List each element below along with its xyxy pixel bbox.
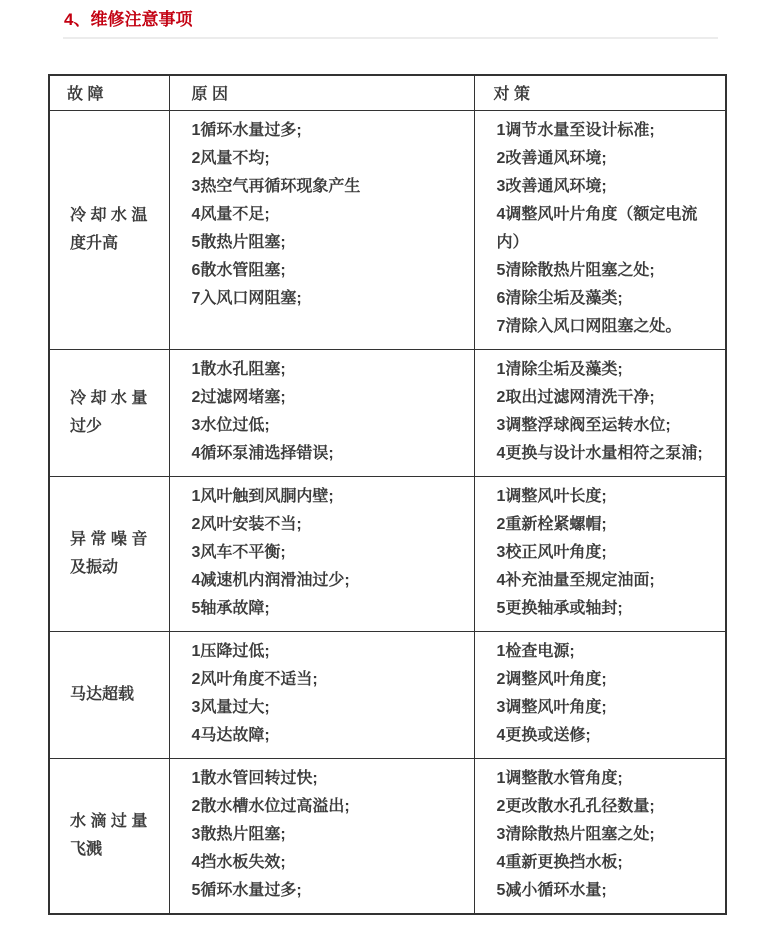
cause-item: 3水位过低; — [192, 412, 462, 440]
cause-item: 4风量不足; — [192, 201, 462, 229]
solution-cell: 1调节水量至设计标准; 2改善通风环境; 3改善通风环境; 4调整风叶片角度（额… — [474, 110, 726, 349]
cause-cell: 1压降过低; 2风叶角度不适当; 3风量过大; 4马达故障; — [169, 631, 474, 758]
cause-item: 3热空气再循环现象产生 — [192, 173, 462, 201]
fault-cell: 马达超载 — [49, 631, 169, 758]
cause-item: 5散热片阻塞; — [192, 229, 462, 257]
solution-item: 7清除入风口网阻塞之处。 — [497, 313, 714, 341]
solution-item: 1检查电源; — [497, 638, 714, 666]
table-row: 冷 却 水 量 过少 1散水孔阻塞; 2过滤网堵塞; 3水位过低; 4循环泵浦选… — [49, 349, 726, 476]
section-title: 4、维修注意事项 — [64, 9, 192, 31]
solution-item: 4更换或送修; — [497, 722, 714, 750]
cause-item: 5循环水量过多; — [192, 877, 462, 905]
solution-item: 4补充油量至规定油面; — [497, 567, 714, 595]
solution-item: 3调整浮球阀至运转水位; — [497, 412, 714, 440]
cause-item: 2风叶安装不当; — [192, 511, 462, 539]
solution-cell: 1调整风叶长度; 2重新栓紧螺帽; 3校正风叶角度; 4补充油量至规定油面; 5… — [474, 476, 726, 631]
cause-item: 4减速机内润滑油过少; — [192, 567, 462, 595]
cause-item: 1循环水量过多; — [192, 117, 462, 145]
column-header-solution: 对 策 — [474, 75, 726, 110]
cause-item: 1压降过低; — [192, 638, 462, 666]
cause-item: 1散水管回转过快; — [192, 765, 462, 793]
table-header-row: 故 障 原 因 对 策 — [49, 75, 726, 110]
solution-item: 2调整风叶角度; — [497, 666, 714, 694]
cause-item: 1风叶触到风胴内壁; — [192, 483, 462, 511]
solution-item: 1调整风叶长度; — [497, 483, 714, 511]
cause-item: 3散热片阻塞; — [192, 821, 462, 849]
cause-item: 2散水槽水位过高溢出; — [192, 793, 462, 821]
cause-item: 2风叶角度不适当; — [192, 666, 462, 694]
solution-item: 4调整风叶片角度（额定电流内） — [497, 201, 714, 257]
solution-item: 1调整散水管角度; — [497, 765, 714, 793]
table-row: 冷 却 水 温 度升高 1循环水量过多; 2风量不均; 3热空气再循环现象产生 … — [49, 110, 726, 349]
cause-item: 3风量过大; — [192, 694, 462, 722]
solution-item: 5清除散热片阻塞之处; — [497, 257, 714, 285]
solution-item: 3改善通风环境; — [497, 173, 714, 201]
cause-item: 6散水管阻塞; — [192, 257, 462, 285]
column-header-cause: 原 因 — [169, 75, 474, 110]
solution-item: 6清除尘垢及藻类; — [497, 285, 714, 313]
cause-item: 3风车不平衡; — [192, 539, 462, 567]
solution-item: 4重新更换挡水板; — [497, 849, 714, 877]
solution-item: 2取出过滤网清洗干净; — [497, 384, 714, 412]
cause-cell: 1散水管回转过快; 2散水槽水位过高溢出; 3散热片阻塞; 4挡水板失效; 5循… — [169, 758, 474, 914]
cause-item: 5轴承故障; — [192, 595, 462, 623]
table-row: 水 滴 过 量 飞溅 1散水管回转过快; 2散水槽水位过高溢出; 3散热片阻塞;… — [49, 758, 726, 914]
solution-item: 5更换轴承或轴封; — [497, 595, 714, 623]
solution-item: 3调整风叶角度; — [497, 694, 714, 722]
cause-item: 2过滤网堵塞; — [192, 384, 462, 412]
solution-cell: 1清除尘垢及藻类; 2取出过滤网清洗干净; 3调整浮球阀至运转水位; 4更换与设… — [474, 349, 726, 476]
cause-item: 4挡水板失效; — [192, 849, 462, 877]
cause-item: 4马达故障; — [192, 722, 462, 750]
solution-item: 4更换与设计水量相符之泵浦; — [497, 440, 714, 468]
solution-item: 2改善通风环境; — [497, 145, 714, 173]
cause-cell: 1循环水量过多; 2风量不均; 3热空气再循环现象产生 4风量不足; 5散热片阻… — [169, 110, 474, 349]
fault-cell: 异 常 噪 音 及振动 — [49, 476, 169, 631]
solution-item: 5减小循环水量; — [497, 877, 714, 905]
cause-item: 1散水孔阻塞; — [192, 356, 462, 384]
solution-item: 2更改散水孔孔径数量; — [497, 793, 714, 821]
solution-item: 3清除散热片阻塞之处; — [497, 821, 714, 849]
fault-cell: 冷 却 水 温 度升高 — [49, 110, 169, 349]
cause-item: 7入风口网阻塞; — [192, 285, 462, 313]
table-row: 马达超载 1压降过低; 2风叶角度不适当; 3风量过大; 4马达故障; 1检查电… — [49, 631, 726, 758]
solution-cell: 1检查电源; 2调整风叶角度; 3调整风叶角度; 4更换或送修; — [474, 631, 726, 758]
fault-cell: 冷 却 水 量 过少 — [49, 349, 169, 476]
cause-cell: 1散水孔阻塞; 2过滤网堵塞; 3水位过低; 4循环泵浦选择错误; — [169, 349, 474, 476]
column-header-fault: 故 障 — [49, 75, 169, 110]
table-row: 异 常 噪 音 及振动 1风叶触到风胴内壁; 2风叶安装不当; 3风车不平衡; … — [49, 476, 726, 631]
cause-cell: 1风叶触到风胴内壁; 2风叶安装不当; 3风车不平衡; 4减速机内润滑油过少; … — [169, 476, 474, 631]
fault-cell: 水 滴 过 量 飞溅 — [49, 758, 169, 914]
solution-item: 1清除尘垢及藻类; — [497, 356, 714, 384]
section-divider — [63, 37, 718, 39]
cause-item: 2风量不均; — [192, 145, 462, 173]
solution-item: 3校正风叶角度; — [497, 539, 714, 567]
solution-cell: 1调整散水管角度; 2更改散水孔孔径数量; 3清除散热片阻塞之处; 4重新更换挡… — [474, 758, 726, 914]
solution-item: 1调节水量至设计标准; — [497, 117, 714, 145]
solution-item: 2重新栓紧螺帽; — [497, 511, 714, 539]
cause-item: 4循环泵浦选择错误; — [192, 440, 462, 468]
troubleshooting-table: 故 障 原 因 对 策 冷 却 水 温 度升高 1循环水量过多; 2风量不均; … — [48, 74, 727, 915]
